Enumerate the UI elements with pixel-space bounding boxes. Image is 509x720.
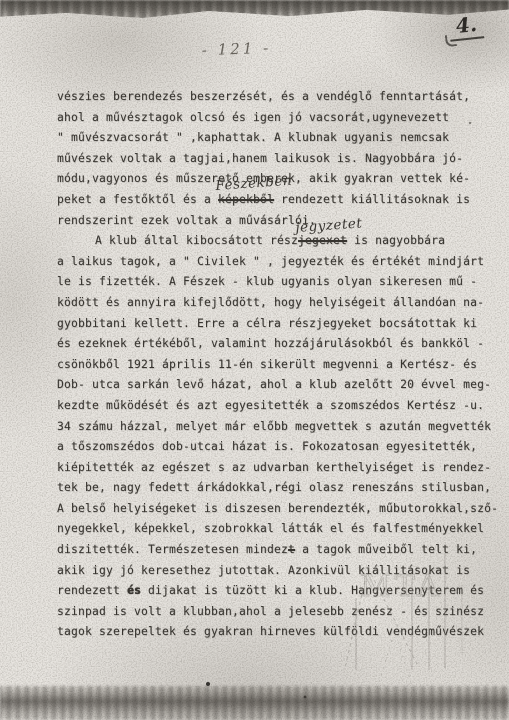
text-line: a laikus tagok, a " Civilek " , jegyezté… — [57, 252, 489, 273]
typed-text: is nagyobbára — [347, 234, 445, 247]
text-line: a tőszomszédos dob-utcai házat is. Fokoz… — [57, 437, 489, 458]
typed-text: A belső helyiségeket is diszesen berende… — [57, 502, 498, 515]
text-line: rendszerint ezek voltak a művásárlói. — [57, 211, 489, 232]
text-line: akik igy jó keresethez jutottak. Azonkiv… — [57, 561, 489, 582]
typed-text: a tagok műveiből telt ki, — [295, 543, 477, 556]
text-line: diszitették. Természetesen mindezt a tag… — [57, 540, 489, 561]
text-line: vészies berendezés beszerzését, és a ven… — [57, 87, 489, 108]
text-line: és ezeknek értékéből, valamint hozzájáru… — [57, 334, 489, 355]
typed-text: tagok szerepeltek és gyakran hirneves kü… — [57, 625, 484, 638]
struck-text: jegexetjegyzetet — [298, 234, 347, 247]
typed-text: kiépitették az egészet s az udvarban ker… — [57, 461, 491, 474]
typed-text: diszitették. Természetesen mindez — [57, 543, 288, 556]
struck-text: képekbőlFészekben — [218, 193, 274, 206]
typed-text: nyegekkel, képekkel, szobrokkal látták e… — [57, 522, 484, 535]
typed-text: a tőszomszédos dob-utcai házat is. Fokoz… — [57, 440, 477, 453]
typed-text: le is fizették. A Fészek - klub ugyanis … — [57, 275, 477, 288]
struck-text: t — [288, 543, 295, 556]
handwritten-correction: jegyzetet — [295, 217, 363, 235]
typed-text: akik igy jó keresethez jutottak. Azonkiv… — [57, 564, 470, 577]
text-line: tek be, nagy fedett árkádokkal,régi olas… — [57, 478, 489, 499]
text-line: le is fizették. A Fészek - klub ugyanis … — [57, 272, 489, 293]
handwritten-page-number: - 121 - — [0, 31, 491, 67]
typed-text: gyobbitani kellett. Erre a célra részjeg… — [57, 317, 477, 330]
text-line: kiépitették az egészet s az udvarban ker… — [57, 458, 489, 479]
typed-text: Dob- utca sarkán levő házat, ahol a klub… — [57, 378, 491, 391]
text-line: művészek voltak a tagjai,hanem laikusok … — [57, 149, 489, 170]
typed-text: dijakat is tüzött ki a klub. Hangverseny… — [141, 584, 484, 597]
typed-text: művészek voltak a tagjai,hanem laikusok … — [57, 152, 463, 165]
typed-text: rendezett kiállitásoknak is — [274, 193, 470, 206]
scanned-document-page: 4. - 121 - vészies berendezés beszerzésé… — [0, 0, 509, 720]
overtyped-text: és — [127, 584, 141, 597]
handwritten-correction: Fészekben — [215, 175, 292, 194]
typed-text: tek be, nagy fedett árkádokkal,régi olas… — [57, 481, 491, 494]
typed-text: csönökből 1921 április 11-én sikerült me… — [57, 358, 477, 371]
typed-text: 34 számu házzal, melyet már előbb megvet… — [57, 420, 491, 433]
text-line: peket a festőktől és a képekbőlFészekben… — [57, 190, 489, 211]
text-line: A belső helyiségeket is diszesen berende… — [57, 499, 489, 520]
document-body: vészies berendezés beszerzését, és a ven… — [57, 87, 489, 643]
text-line: kezdte működését és azt egyesitették a s… — [57, 396, 489, 417]
text-line: ahol a művésztagok olcsó és igen jó vacs… — [57, 108, 489, 129]
text-line: A klub által kibocsátott részjegexetjegy… — [57, 231, 489, 252]
typed-text: A klub által kibocsátott rész — [95, 234, 298, 247]
typed-text: rendezett — [57, 584, 127, 597]
text-line: tagok szerepeltek és gyakran hirneves kü… — [57, 622, 489, 643]
typed-text: kezdte működését és azt egyesitették a s… — [57, 399, 484, 412]
text-line: Dob- utca sarkán levő házat, ahol a klub… — [57, 375, 489, 396]
typed-text: rendszerint ezek voltak a művásárlói. — [57, 214, 316, 227]
typed-text: szinpad is volt a klubban,ahol a jeleseb… — [57, 605, 484, 618]
typed-text: és ezeknek értékéből, valamint hozzájáru… — [57, 337, 484, 350]
text-line: " művészvacsorát " ,kaphattak. A klubnak… — [57, 128, 489, 149]
text-line: rendezett és dijakat is tüzött ki a klub… — [57, 581, 489, 602]
typed-text: " művészvacsorát " ,kaphattak. A klubnak… — [57, 131, 449, 144]
text-line: nyegekkel, képekkel, szobrokkal látták e… — [57, 519, 489, 540]
text-line: szinpad is volt a klubban,ahol a jeleseb… — [57, 602, 489, 623]
typed-text: ködött és annyira kifejlődött, hogy hely… — [57, 296, 484, 309]
typed-text: vészies berendezés beszerzését, és a ven… — [57, 90, 470, 103]
text-line: ködött és annyira kifejlődött, hogy hely… — [57, 293, 489, 314]
typed-text: peket a festőktől és a — [57, 193, 218, 206]
typed-text: ahol a művésztagok olcsó és igen jó vacs… — [57, 111, 449, 124]
text-line: gyobbitani kellett. Erre a célra részjeg… — [57, 314, 489, 335]
scan-artifact-bottom-band — [0, 686, 509, 720]
text-line: 34 számu házzal, melyet már előbb megvet… — [57, 417, 489, 438]
scan-artifact-top-band — [0, 0, 509, 19]
text-line: csönökből 1921 április 11-én sikerült me… — [57, 355, 489, 376]
typed-text: a laikus tagok, a " Civilek " , jegyezté… — [57, 255, 484, 268]
